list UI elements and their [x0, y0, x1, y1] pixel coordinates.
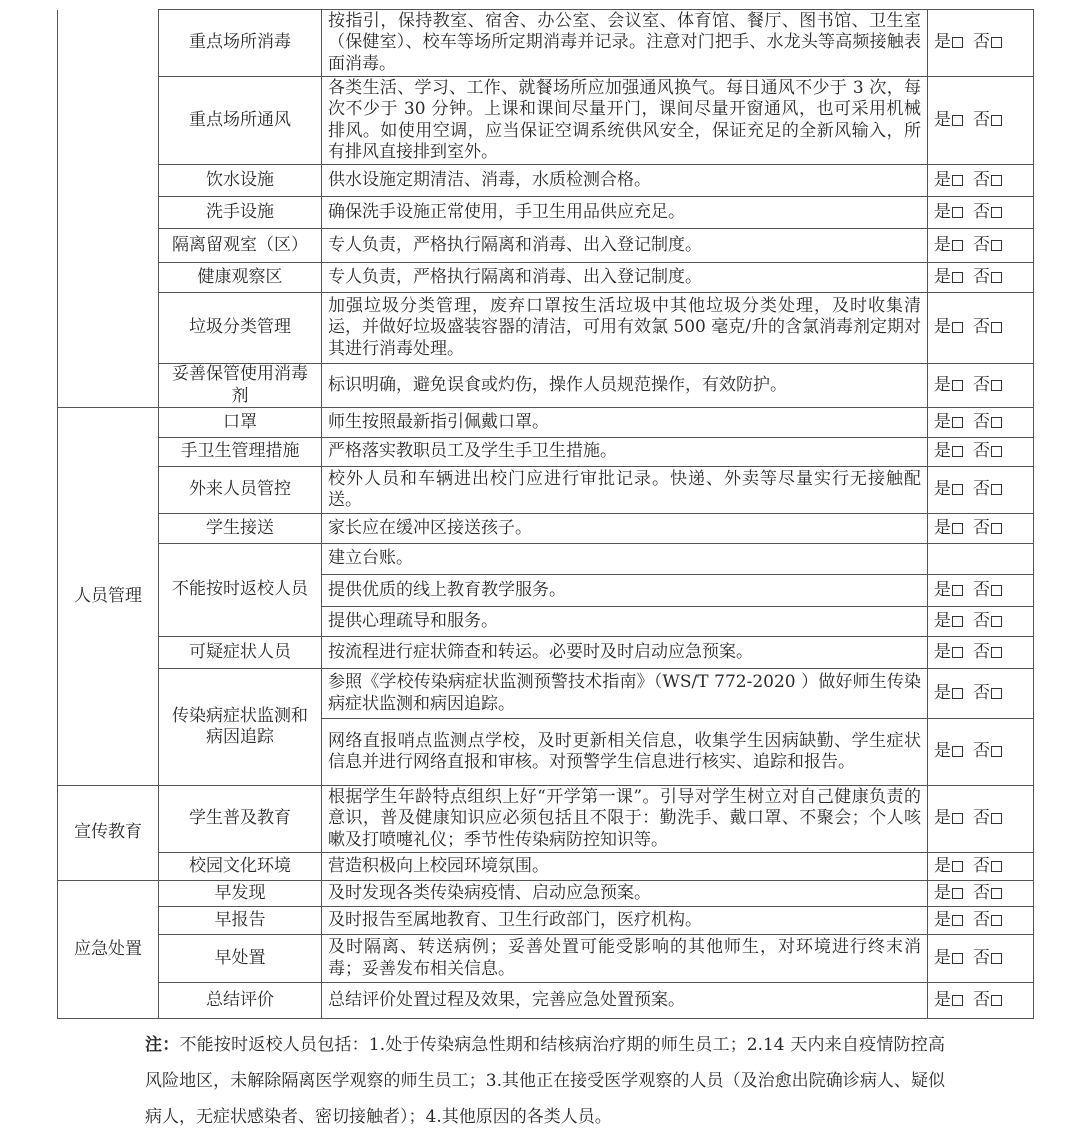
no-label: 否	[973, 948, 990, 968]
no-option[interactable]: 否	[973, 990, 1002, 1010]
no-checkbox[interactable]	[991, 688, 1002, 699]
item-cell: 健康观察区	[159, 263, 322, 293]
no-checkbox[interactable]	[991, 175, 1002, 186]
requirement-cell: 营造积极向上校园环境氛围。	[322, 853, 928, 881]
yes-label: 是	[934, 518, 951, 538]
no-label: 否	[973, 741, 990, 761]
yes-checkbox[interactable]	[952, 322, 963, 333]
item-cell: 早发现	[159, 881, 322, 907]
no-option[interactable]: 否	[973, 170, 1002, 190]
no-label: 否	[973, 32, 990, 52]
yes-option[interactable]: 是	[934, 202, 963, 222]
no-label: 否	[973, 110, 990, 130]
item-cell: 校园文化环境	[159, 853, 322, 881]
table-row: 不能按时返校人员建立台账。	[58, 544, 1034, 575]
yes-option[interactable]: 是	[934, 32, 963, 52]
table-row: 重点场所通风各类生活、学习、工作、就餐场所应加强通风换气。每日通风不少于 3 次…	[58, 77, 1034, 165]
yes-label: 是	[934, 611, 951, 631]
table-row: 健康观察区专人负责，严格执行隔离和消毒、出入登记制度。是否	[58, 263, 1034, 293]
table-row: 应急处置早发现及时发现各类传染病疫情、启动应急预案。是否	[58, 881, 1034, 907]
yes-option[interactable]: 是	[934, 267, 963, 287]
check-cell: 是否	[928, 197, 1034, 229]
item-cell: 学生普及教育	[159, 786, 322, 853]
no-option[interactable]: 否	[973, 32, 1002, 52]
item-cell: 重点场所消毒	[159, 10, 322, 77]
item-cell: 隔离留观室（区）	[159, 229, 322, 263]
check-cell: 是否	[928, 935, 1034, 983]
check-cell: 是否	[928, 853, 1034, 881]
requirement-cell: 按指引，保持教室、宿舍、办公室、会议室、体育馆、餐厅、图书馆、卫生室（保健室）、…	[322, 10, 928, 77]
no-option[interactable]: 否	[973, 580, 1002, 600]
no-checkbox[interactable]	[991, 380, 1002, 391]
footnote-text: 不能按时返校人员包括：1.处于传染病急性期和结核病治疗期的师生员工；2.14 天…	[145, 1035, 945, 1127]
item-cell: 早处置	[159, 935, 322, 983]
yes-checkbox[interactable]	[952, 207, 963, 218]
yes-checkbox[interactable]	[952, 888, 963, 899]
yes-label: 是	[934, 317, 951, 337]
requirement-cell: 及时隔离、转送病例；妥善处置可能受影响的其他师生，对环境进行终末消毒；妥善发布相…	[322, 935, 928, 983]
no-option[interactable]: 否	[973, 479, 1002, 499]
yes-checkbox[interactable]	[952, 861, 963, 872]
yes-label: 是	[934, 267, 951, 287]
table-row: 可疑症状人员按流程进行症状筛查和转运。必要时及时启动应急预案。是否	[58, 637, 1034, 669]
no-label: 否	[973, 235, 990, 255]
no-label: 否	[973, 479, 990, 499]
no-label: 否	[973, 412, 990, 432]
no-checkbox[interactable]	[991, 585, 1002, 596]
check-cell: 是否	[928, 983, 1034, 1019]
yes-label: 是	[934, 808, 951, 828]
requirement-cell: 供水设施定期清洁、消毒，水质检测合格。	[322, 165, 928, 197]
no-label: 否	[973, 642, 990, 662]
yes-option[interactable]: 是	[934, 317, 963, 337]
item-cell: 可疑症状人员	[159, 637, 322, 669]
no-checkbox[interactable]	[991, 207, 1002, 218]
table-row: 人员管理口罩师生按照最新指引佩戴口罩。是否	[58, 408, 1034, 438]
item-cell: 垃圾分类管理	[159, 293, 322, 364]
yes-option[interactable]: 是	[934, 910, 963, 930]
yes-checkbox[interactable]	[952, 953, 963, 964]
yes-option[interactable]: 是	[934, 110, 963, 130]
table-row: 饮水设施供水设施定期清洁、消毒，水质检测合格。是否	[58, 165, 1034, 197]
yes-option[interactable]: 是	[934, 518, 963, 538]
item-cell: 口罩	[159, 408, 322, 438]
table-row: 洗手设施确保洗手设施正常使用，手卫生用品供应充足。是否	[58, 197, 1034, 229]
requirement-cell: 家长应在缓冲区接送孩子。	[322, 514, 928, 544]
yes-label: 是	[934, 32, 951, 52]
yes-label: 是	[934, 910, 951, 930]
table-row: 手卫生管理措施严格落实教职员工及学生手卫生措施。是否	[58, 438, 1034, 467]
requirement-cell: 校外人员和车辆进出校门应进行审批记录。快递、外卖等尽量实行无接触配送。	[322, 467, 928, 514]
yes-label: 是	[934, 441, 951, 461]
check-cell: 是否	[928, 77, 1034, 165]
yes-label: 是	[934, 170, 951, 190]
yes-checkbox[interactable]	[952, 746, 963, 757]
yes-option[interactable]: 是	[934, 441, 963, 461]
item-cell: 学生接送	[159, 514, 322, 544]
no-label: 否	[973, 611, 990, 631]
yes-label: 是	[934, 990, 951, 1010]
yes-option[interactable]: 是	[934, 741, 963, 761]
no-checkbox[interactable]	[991, 240, 1002, 251]
yes-checkbox[interactable]	[952, 37, 963, 48]
no-checkbox[interactable]	[991, 322, 1002, 333]
yes-option[interactable]: 是	[934, 948, 963, 968]
yes-checkbox[interactable]	[952, 240, 963, 251]
category-cell	[58, 10, 159, 408]
requirement-cell: 建立台账。	[322, 544, 928, 575]
requirement-cell: 提供优质的线上教育教学服务。	[322, 575, 928, 607]
checklist-table: 重点场所消毒按指引，保持教室、宿舍、办公室、会议室、体育馆、餐厅、图书馆、卫生室…	[57, 9, 1034, 1019]
no-label: 否	[973, 170, 990, 190]
table-row: 早处置及时隔离、转送病例；妥善处置可能受影响的其他师生，对环境进行终末消毒；妥善…	[58, 935, 1034, 983]
yes-checkbox[interactable]	[952, 616, 963, 627]
no-label: 否	[973, 267, 990, 287]
no-checkbox[interactable]	[991, 647, 1002, 658]
check-cell: 是否	[928, 408, 1034, 438]
yes-checkbox[interactable]	[952, 688, 963, 699]
no-label: 否	[973, 683, 990, 703]
no-option[interactable]: 否	[973, 642, 1002, 662]
no-checkbox[interactable]	[991, 746, 1002, 757]
item-cell: 传染病症状监测和病因追踪	[159, 669, 322, 786]
no-checkbox[interactable]	[991, 523, 1002, 534]
requirement-cell: 专人负责，严格执行隔离和消毒、出入登记制度。	[322, 263, 928, 293]
table-row: 早报告及时报告至属地教育、卫生行政部门，医疗机构。是否	[58, 907, 1034, 935]
requirement-cell: 及时报告至属地教育、卫生行政部门，医疗机构。	[322, 907, 928, 935]
yes-option[interactable]: 是	[934, 990, 963, 1010]
no-label: 否	[973, 202, 990, 222]
no-checkbox[interactable]	[991, 813, 1002, 824]
yes-option[interactable]: 是	[934, 883, 963, 903]
check-cell: 是否	[928, 637, 1034, 669]
check-cell: 是否	[928, 165, 1034, 197]
yes-option[interactable]: 是	[934, 235, 963, 255]
category-cell: 应急处置	[58, 881, 159, 1019]
yes-option[interactable]: 是	[934, 479, 963, 499]
item-cell: 饮水设施	[159, 165, 322, 197]
requirement-cell: 加强垃圾分类管理，废弃口罩按生活垃圾中其他垃圾分类处理，及时收集清运，并做好垃圾…	[322, 293, 928, 364]
item-cell: 不能按时返校人员	[159, 544, 322, 637]
no-option[interactable]: 否	[973, 611, 1002, 631]
requirement-cell: 参照《学校传染病症状监测预警技术指南》（WS/T 772-2020 ）做好师生传…	[322, 669, 928, 719]
yes-checkbox[interactable]	[952, 115, 963, 126]
no-option[interactable]: 否	[973, 202, 1002, 222]
yes-label: 是	[934, 948, 951, 968]
no-label: 否	[973, 441, 990, 461]
requirement-cell: 按流程进行症状筛查和转运。必要时及时启动应急预案。	[322, 637, 928, 669]
no-checkbox[interactable]	[991, 484, 1002, 495]
check-cell	[928, 544, 1034, 575]
check-cell: 是否	[928, 438, 1034, 467]
no-option[interactable]: 否	[973, 110, 1002, 130]
yes-checkbox[interactable]	[952, 484, 963, 495]
table-row: 宣传教育学生普及教育根据学生年龄特点组织上好“开学第一课”。引导对学生树立对自己…	[58, 786, 1034, 853]
no-option[interactable]: 否	[973, 375, 1002, 395]
check-cell: 是否	[928, 669, 1034, 719]
requirement-cell: 师生按照最新指引佩戴口罩。	[322, 408, 928, 438]
no-label: 否	[973, 580, 990, 600]
no-option[interactable]: 否	[973, 856, 1002, 876]
no-option[interactable]: 否	[973, 910, 1002, 930]
check-cell: 是否	[928, 364, 1034, 408]
requirement-cell: 标识明确，避免误食或灼伤，操作人员规范操作，有效防护。	[322, 364, 928, 408]
no-checkbox[interactable]	[991, 915, 1002, 926]
no-label: 否	[973, 518, 990, 538]
requirement-cell: 严格落实教职员工及学生手卫生措施。	[322, 438, 928, 467]
table-row: 校园文化环境营造积极向上校园环境氛围。是否	[58, 853, 1034, 881]
no-option[interactable]: 否	[973, 741, 1002, 761]
footnote-label: 注：	[145, 1035, 179, 1055]
table-row: 重点场所消毒按指引，保持教室、宿舍、办公室、会议室、体育馆、餐厅、图书馆、卫生室…	[58, 10, 1034, 77]
no-checkbox[interactable]	[991, 616, 1002, 627]
item-cell: 手卫生管理措施	[159, 438, 322, 467]
yes-label: 是	[934, 856, 951, 876]
no-option[interactable]: 否	[973, 317, 1002, 337]
no-checkbox[interactable]	[991, 37, 1002, 48]
check-cell: 是否	[928, 514, 1034, 544]
yes-option[interactable]: 是	[934, 642, 963, 662]
check-cell: 是否	[928, 881, 1034, 907]
requirement-cell: 各类生活、学习、工作、就餐场所应加强通风换气。每日通风不少于 3 次，每次不少于…	[322, 77, 928, 165]
requirement-cell: 确保洗手设施正常使用，手卫生用品供应充足。	[322, 197, 928, 229]
check-cell: 是否	[928, 907, 1034, 935]
check-cell: 是否	[928, 263, 1034, 293]
check-cell: 是否	[928, 10, 1034, 77]
no-checkbox[interactable]	[991, 888, 1002, 899]
yes-option[interactable]: 是	[934, 580, 963, 600]
category-cell: 宣传教育	[58, 786, 159, 881]
no-option[interactable]: 否	[973, 808, 1002, 828]
table-row: 外来人员管控校外人员和车辆进出校门应进行审批记录。快递、外卖等尽量实行无接触配送…	[58, 467, 1034, 514]
no-option[interactable]: 否	[973, 948, 1002, 968]
yes-option[interactable]: 是	[934, 611, 963, 631]
requirement-cell: 专人负责，严格执行隔离和消毒、出入登记制度。	[322, 229, 928, 263]
item-cell: 重点场所通风	[159, 77, 322, 165]
requirement-cell: 提供心理疏导和服务。	[322, 607, 928, 637]
no-label: 否	[973, 883, 990, 903]
yes-option[interactable]: 是	[934, 856, 963, 876]
yes-option[interactable]: 是	[934, 170, 963, 190]
check-cell: 是否	[928, 607, 1034, 637]
item-cell: 外来人员管控	[159, 467, 322, 514]
no-option[interactable]: 否	[973, 683, 1002, 703]
table-row: 学生接送家长应在缓冲区接送孩子。是否	[58, 514, 1034, 544]
check-cell: 是否	[928, 229, 1034, 263]
yes-label: 是	[934, 202, 951, 222]
yes-option[interactable]: 是	[934, 808, 963, 828]
yes-label: 是	[934, 883, 951, 903]
yes-checkbox[interactable]	[952, 417, 963, 428]
no-option[interactable]: 否	[973, 412, 1002, 432]
footnote: 注：不能按时返校人员包括：1.处于传染病急性期和结核病治疗期的师生员工；2.14…	[145, 1027, 945, 1133]
no-option[interactable]: 否	[973, 441, 1002, 461]
no-option[interactable]: 否	[973, 267, 1002, 287]
check-cell: 是否	[928, 575, 1034, 607]
yes-checkbox[interactable]	[952, 813, 963, 824]
check-cell: 是否	[928, 467, 1034, 514]
item-cell: 早报告	[159, 907, 322, 935]
no-label: 否	[973, 808, 990, 828]
yes-option[interactable]: 是	[934, 683, 963, 703]
yes-checkbox[interactable]	[952, 647, 963, 658]
no-checkbox[interactable]	[991, 953, 1002, 964]
yes-label: 是	[934, 375, 951, 395]
no-checkbox[interactable]	[991, 272, 1002, 283]
no-checkbox[interactable]	[991, 417, 1002, 428]
table-row: 传染病症状监测和病因追踪参照《学校传染病症状监测预警技术指南》（WS/T 772…	[58, 669, 1034, 719]
no-option[interactable]: 否	[973, 518, 1002, 538]
table-row: 隔离留观室（区）专人负责，严格执行隔离和消毒、出入登记制度。是否	[58, 229, 1034, 263]
no-label: 否	[973, 317, 990, 337]
yes-label: 是	[934, 683, 951, 703]
yes-option[interactable]: 是	[934, 412, 963, 432]
item-cell: 妥善保管使用消毒剂	[159, 364, 322, 408]
no-checkbox[interactable]	[991, 115, 1002, 126]
requirement-cell: 总结评价处置过程及效果，完善应急处置预案。	[322, 983, 928, 1019]
check-cell: 是否	[928, 786, 1034, 853]
requirement-cell: 及时发现各类传染病疫情、启动应急预案。	[322, 881, 928, 907]
yes-option[interactable]: 是	[934, 375, 963, 395]
no-checkbox[interactable]	[991, 446, 1002, 457]
no-label: 否	[973, 375, 990, 395]
yes-label: 是	[934, 110, 951, 130]
table-row: 总结评价总结评价处置过程及效果，完善应急处置预案。是否	[58, 983, 1034, 1019]
yes-checkbox[interactable]	[952, 995, 963, 1006]
yes-label: 是	[934, 479, 951, 499]
no-checkbox[interactable]	[991, 861, 1002, 872]
yes-checkbox[interactable]	[952, 446, 963, 457]
yes-checkbox[interactable]	[952, 175, 963, 186]
yes-label: 是	[934, 580, 951, 600]
yes-checkbox[interactable]	[952, 523, 963, 534]
check-cell: 是否	[928, 719, 1034, 786]
requirement-cell: 网络直报哨点监测点学校，及时更新相关信息，收集学生因病缺勤、学生症状信息并进行网…	[322, 719, 928, 786]
no-option[interactable]: 否	[973, 883, 1002, 903]
no-label: 否	[973, 856, 990, 876]
yes-label: 是	[934, 642, 951, 662]
no-label: 否	[973, 910, 990, 930]
no-label: 否	[973, 990, 990, 1010]
no-option[interactable]: 否	[973, 235, 1002, 255]
yes-checkbox[interactable]	[952, 915, 963, 926]
yes-label: 是	[934, 412, 951, 432]
yes-label: 是	[934, 741, 951, 761]
check-cell: 是否	[928, 293, 1034, 364]
yes-checkbox[interactable]	[952, 380, 963, 391]
item-cell: 总结评价	[159, 983, 322, 1019]
yes-label: 是	[934, 235, 951, 255]
yes-checkbox[interactable]	[952, 272, 963, 283]
yes-checkbox[interactable]	[952, 585, 963, 596]
table-row: 妥善保管使用消毒剂标识明确，避免误食或灼伤，操作人员规范操作，有效防护。是否	[58, 364, 1034, 408]
table-row: 垃圾分类管理加强垃圾分类管理，废弃口罩按生活垃圾中其他垃圾分类处理，及时收集清运…	[58, 293, 1034, 364]
no-checkbox[interactable]	[991, 995, 1002, 1006]
requirement-cell: 根据学生年龄特点组织上好“开学第一课”。引导对学生树立对自己健康负责的意识，普及…	[322, 786, 928, 853]
category-cell: 人员管理	[58, 408, 159, 786]
item-cell: 洗手设施	[159, 197, 322, 229]
